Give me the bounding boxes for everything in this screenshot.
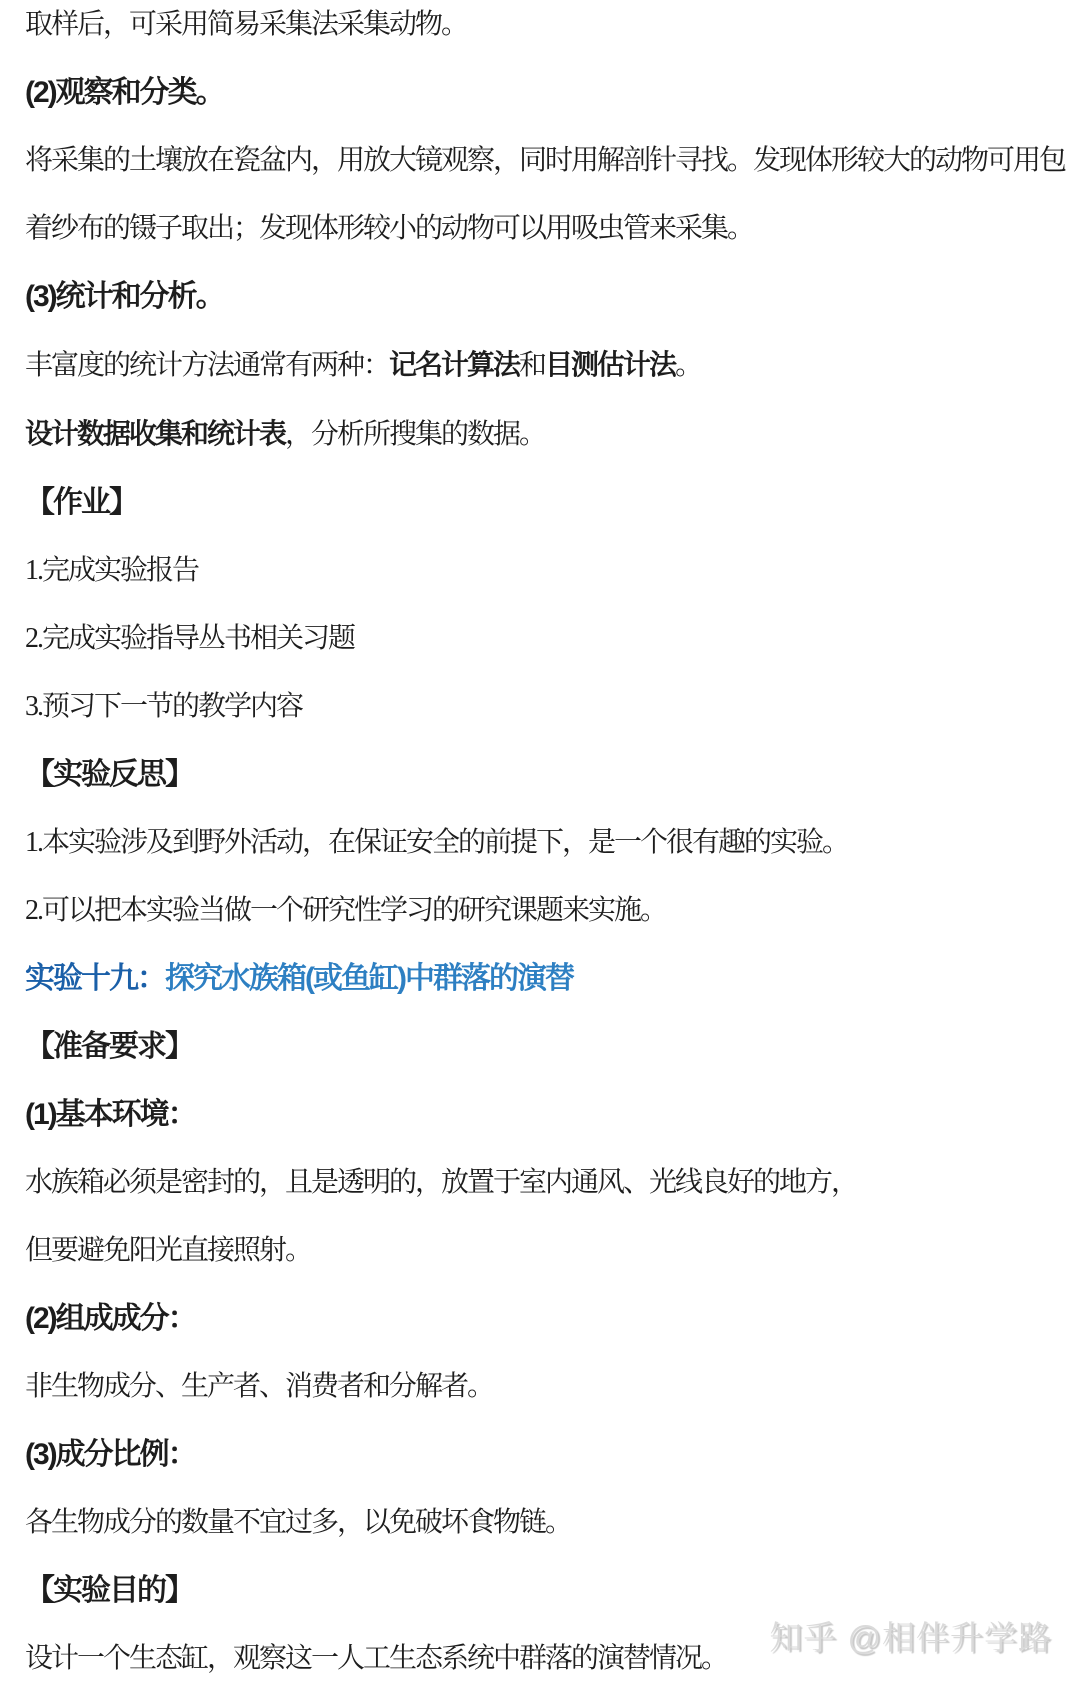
text-run: (3)统计和分析。 — [25, 280, 224, 313]
text-run: (3)成分比例： — [25, 1438, 196, 1471]
text-run: ，分析所搜集的数据。 — [285, 419, 545, 450]
list-item: 2.完成实验指导丛书相关习题 — [25, 622, 1062, 656]
paragraph: 水族箱必须是密封的，且是透明的，放置于室内通风、光线良好的地方， — [25, 1166, 1062, 1200]
text-run: 各生物成分的数量不宜过多，以免破坏食物链。 — [25, 1507, 571, 1538]
text-run: 水族箱必须是密封的，且是透明的，放置于室内通风、光线良好的地方， — [25, 1167, 857, 1198]
text-run: 非生物成分、生产者、消费者和分解者。 — [25, 1371, 493, 1402]
text-run: 2.可以把本实验当做一个研究性学习的研究课题来实施。 — [25, 895, 666, 926]
text-run: 设计数据收集和统计表 — [25, 418, 285, 449]
text-run: 【实验反思】 — [25, 758, 193, 791]
paragraph: 设计数据收集和统计表，分析所搜集的数据。 — [25, 417, 1062, 452]
section-heading: (3)统计和分析。 — [25, 280, 1062, 314]
experiment-title: 实验十九：探究水族箱(或鱼缸)中群落的演替 — [25, 962, 1062, 996]
text-run: 【作业】 — [25, 486, 137, 519]
section-heading: (2)组成成分： — [25, 1302, 1062, 1336]
paragraph: 各生物成分的数量不宜过多，以免破坏食物链。 — [25, 1506, 1062, 1540]
section-heading: 【准备要求】 — [25, 1030, 1062, 1064]
text-run: (2)组成成分： — [25, 1302, 196, 1335]
list-item: 1.完成实验报告 — [25, 554, 1062, 588]
text-run: 目测估计法 — [545, 349, 675, 380]
section-heading: 【作业】 — [25, 486, 1062, 520]
section-heading: (1)基本环境： — [25, 1098, 1062, 1132]
text-run: 1.本实验涉及到野外活动，在保证安全的前提下，是一个很有趣的实验。 — [25, 827, 848, 858]
text-run: 。 — [675, 350, 701, 381]
paragraph: 非生物成分、生产者、消费者和分解者。 — [25, 1370, 1062, 1404]
paragraph: 取样后，可采用简易采集法采集动物。 — [25, 8, 1062, 42]
text-run: 探究水族箱(或鱼缸)中群落的演替 — [165, 962, 573, 995]
list-item: 3.预习下一节的教学内容 — [25, 690, 1062, 724]
text-run: (2)观察和分类。 — [25, 76, 224, 109]
section-heading: (3)成分比例： — [25, 1438, 1062, 1472]
paragraph: 丰富度的统计方法通常有两种：记名计算法和目测估计法。 — [25, 348, 1062, 383]
text-run: 但要避免阳光直接照射。 — [25, 1235, 311, 1266]
zhihu-watermark: 知乎 @相伴升学路 — [769, 1612, 1052, 1659]
list-item: 2.可以把本实验当做一个研究性学习的研究课题来实施。 — [25, 894, 1062, 928]
section-heading: 【实验反思】 — [25, 758, 1062, 792]
text-run: 2.完成实验指导丛书相关习题 — [25, 623, 354, 654]
text-run: 和 — [519, 350, 545, 381]
text-run: 着纱布的镊子取出；发现体形较小的动物可以用吸虫管来采集。 — [25, 213, 753, 244]
paragraph: 着纱布的镊子取出；发现体形较小的动物可以用吸虫管来采集。 — [25, 212, 1062, 246]
list-item: 1.本实验涉及到野外活动，在保证安全的前提下，是一个很有趣的实验。 — [25, 826, 1062, 860]
text-run: 【准备要求】 — [25, 1030, 193, 1063]
text-run: (1)基本环境： — [25, 1098, 196, 1131]
paragraph: 将采集的土壤放在瓷盆内，用放大镜观察，同时用解剖针寻找。发现体形较大的动物可用包 — [25, 144, 1062, 178]
text-run: 取样后，可采用简易采集法采集动物。 — [25, 9, 467, 40]
section-heading: 【实验目的】 — [25, 1574, 1062, 1608]
section-heading: (2)观察和分类。 — [25, 76, 1062, 110]
text-run: 3.预习下一节的教学内容 — [25, 691, 302, 722]
text-run: 设计一个生态缸，观察这一人工生态系统中群落的演替情况。 — [25, 1643, 727, 1674]
document-page: 取样后，可采用简易采集法采集动物。(2)观察和分类。将采集的土壤放在瓷盆内，用放… — [0, 0, 1080, 1681]
text-run: 记名计算法 — [389, 349, 519, 380]
text-run: 丰富度的统计方法通常有两种： — [25, 350, 389, 381]
document-content: 取样后，可采用简易采集法采集动物。(2)观察和分类。将采集的土壤放在瓷盆内，用放… — [0, 0, 1080, 1676]
text-run: 将采集的土壤放在瓷盆内，用放大镜观察，同时用解剖针寻找。发现体形较大的动物可用包 — [25, 145, 1065, 176]
text-run: 【实验目的】 — [25, 1574, 193, 1607]
text-run: 1.完成实验报告 — [25, 555, 198, 586]
paragraph: 但要避免阳光直接照射。 — [25, 1234, 1062, 1268]
text-run: 实验十九： — [25, 962, 165, 995]
